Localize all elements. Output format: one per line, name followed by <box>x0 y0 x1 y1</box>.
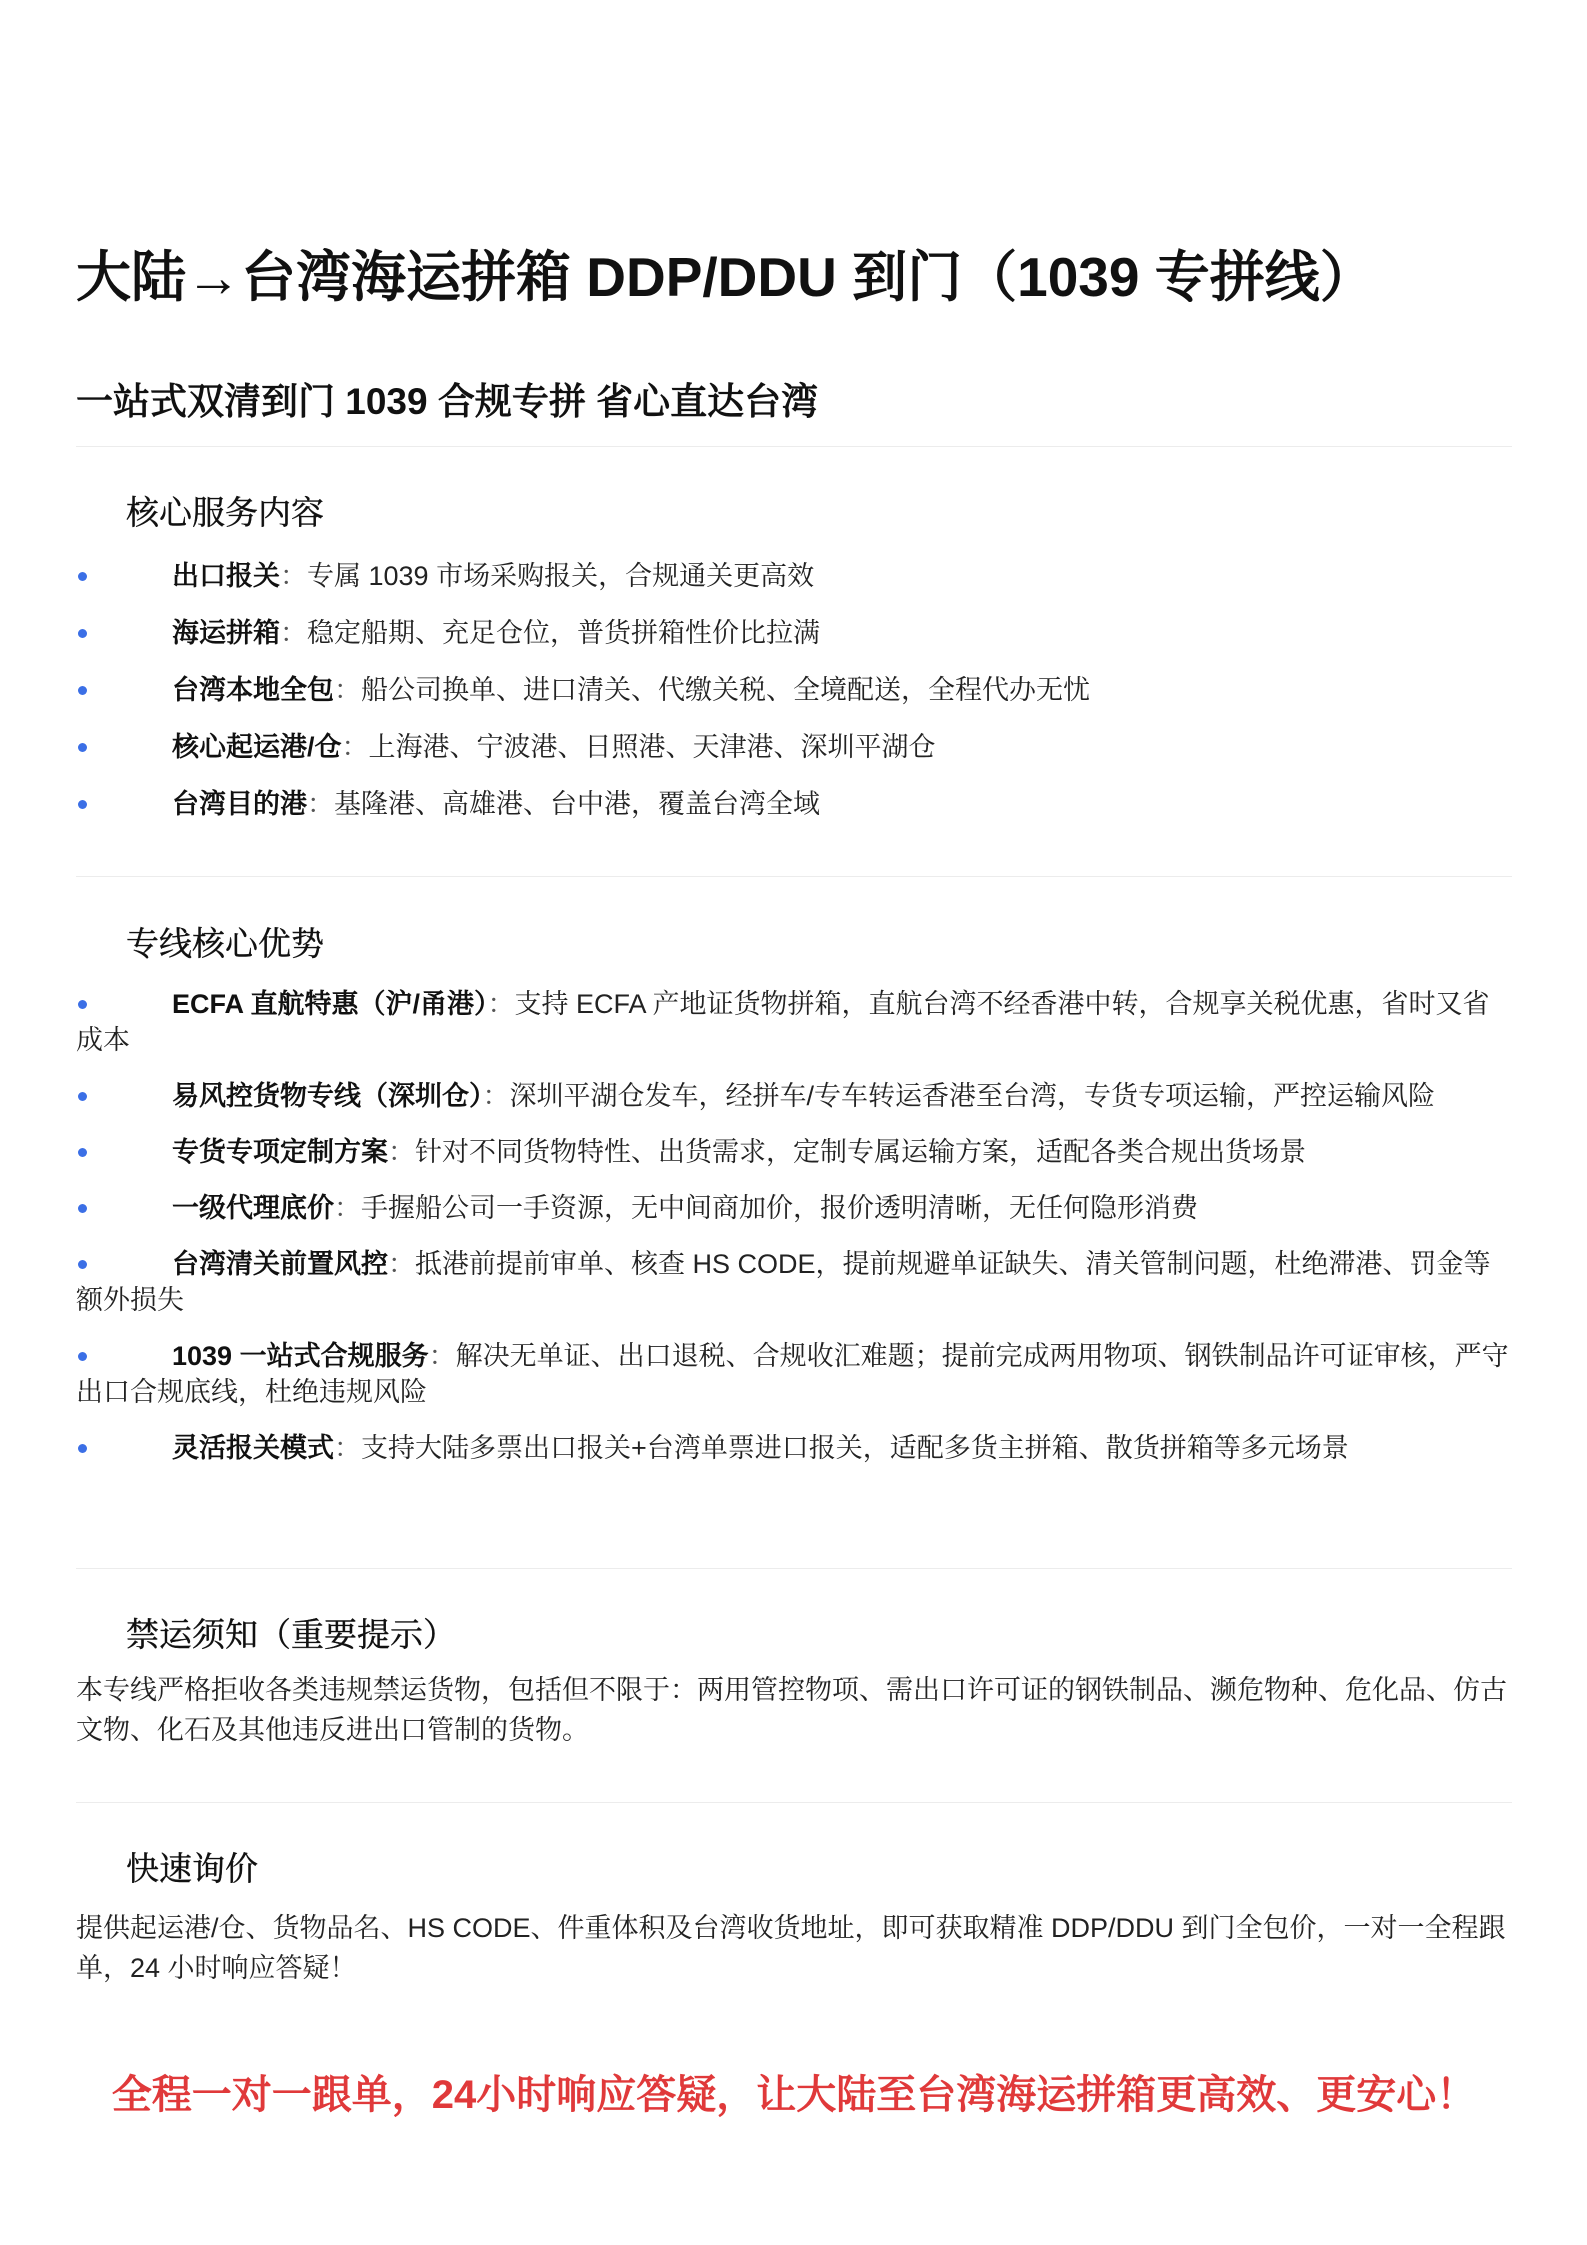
item-label: 灵活报关模式 <box>172 1433 334 1463</box>
bullet-icon <box>78 1148 87 1157</box>
item-separator: ： <box>280 618 307 648</box>
advantages-list: ECFA 直航特惠（沪/甬港）：支持 ECFA 产地证货物拼箱，直航台湾不经香港… <box>76 986 1512 1466</box>
section-divider <box>76 1802 1512 1803</box>
item-label: ECFA 直航特惠（沪/甬港） <box>172 989 488 1019</box>
section-divider <box>76 1568 1512 1569</box>
item-text: 专属 1039 市场采购报关，合规通关更高效 <box>307 561 814 591</box>
page-subtitle: 一站式双清到门 1039 合规专拼 省心直达台湾 <box>76 371 818 425</box>
item-text: 针对不同货物特性、出货需求，定制专属运输方案，适配各类合规出货场景 <box>415 1137 1306 1167</box>
item-separator: ： <box>483 1081 510 1111</box>
section-divider <box>76 876 1512 877</box>
footer-cta: 全程一对一跟单，24小时响应答疑，让大陆至台湾海运拼箱更高效、更安心！ <box>76 2063 1512 2120</box>
quick-quote-heading: 快速询价 <box>126 1843 258 1890</box>
list-item: 台湾清关前置风控：抵港前提前审单、核查 HS CODE，提前规避单证缺失、清关管… <box>76 1246 1512 1318</box>
item-text: 支持大陆多票出口报关+台湾单票进口报关，适配多货主拼箱、散货拼箱等多元场景 <box>361 1433 1349 1463</box>
item-label: 出口报关 <box>172 561 280 591</box>
item-label: 台湾目的港 <box>172 789 307 819</box>
bullet-icon <box>78 743 87 752</box>
item-separator: ： <box>334 675 361 705</box>
item-separator: ： <box>429 1341 456 1371</box>
bullet-icon <box>78 1204 87 1213</box>
item-label: 易风控货物专线（深圳仓） <box>172 1081 483 1111</box>
item-separator: ： <box>488 989 515 1019</box>
item-text: 稳定船期、充足仓位，普货拼箱性价比拉满 <box>307 618 820 648</box>
prohibited-heading: 禁运须知（重要提示） <box>126 1609 456 1656</box>
advantages-heading: 专线核心优势 <box>126 918 324 965</box>
bullet-icon <box>78 800 87 809</box>
item-text: 上海港、宁波港、日照港、天津港、深圳平湖仓 <box>369 732 936 762</box>
quick-quote-text: 提供起运港/仓、货物品名、HS CODE、件重体积及台湾收货地址，即可获取精准 … <box>76 1908 1512 1988</box>
item-separator: ： <box>280 561 307 591</box>
list-item: 核心起运港/仓：上海港、宁波港、日照港、天津港、深圳平湖仓 <box>76 729 1512 765</box>
item-separator: ： <box>388 1137 415 1167</box>
list-item: 出口报关：专属 1039 市场采购报关，合规通关更高效 <box>76 558 1512 594</box>
bullet-icon <box>78 1000 87 1009</box>
bullet-icon <box>78 572 87 581</box>
bullet-icon <box>78 1260 87 1269</box>
list-item: ECFA 直航特惠（沪/甬港）：支持 ECFA 产地证货物拼箱，直航台湾不经香港… <box>76 986 1512 1058</box>
core-services-list: 出口报关：专属 1039 市场采购报关，合规通关更高效 海运拼箱：稳定船期、充足… <box>76 558 1512 822</box>
page-title: 大陆→台湾海运拼箱 DDP/DDU 到门（1039 专拼线） <box>76 233 1375 312</box>
item-label: 1039 一站式合规服务 <box>172 1341 429 1371</box>
item-separator: ： <box>334 1193 361 1223</box>
core-services-heading: 核心服务内容 <box>126 487 324 534</box>
item-label: 台湾清关前置风控 <box>172 1249 388 1279</box>
bullet-icon <box>78 1352 87 1361</box>
item-text: 深圳平湖仓发车，经拼车/专车转运香港至台湾，专货专项运输，严控运输风险 <box>510 1081 1436 1111</box>
bullet-icon <box>78 1092 87 1101</box>
list-item: 台湾目的港：基隆港、高雄港、台中港，覆盖台湾全域 <box>76 786 1512 822</box>
item-label: 海运拼箱 <box>172 618 280 648</box>
section-divider <box>76 446 1512 447</box>
item-separator: ： <box>334 1433 361 1463</box>
bullet-icon <box>78 1444 87 1453</box>
item-separator: ： <box>307 789 334 819</box>
item-label: 专货专项定制方案 <box>172 1137 388 1167</box>
item-text: 手握船公司一手资源，无中间商加价，报价透明清晰，无任何隐形消费 <box>361 1193 1198 1223</box>
item-separator: ： <box>342 732 369 762</box>
list-item: 1039 一站式合规服务：解决无单证、出口退税、合规收汇难题；提前完成两用物项、… <box>76 1338 1512 1410</box>
list-item: 一级代理底价：手握船公司一手资源，无中间商加价，报价透明清晰，无任何隐形消费 <box>76 1190 1512 1226</box>
list-item: 灵活报关模式：支持大陆多票出口报关+台湾单票进口报关，适配多货主拼箱、散货拼箱等… <box>76 1430 1512 1466</box>
item-label: 一级代理底价 <box>172 1193 334 1223</box>
item-text: 船公司换单、进口清关、代缴关税、全境配送，全程代办无忧 <box>361 675 1090 705</box>
item-label: 核心起运港/仓 <box>172 732 342 762</box>
bullet-icon <box>78 686 87 695</box>
prohibited-text: 本专线严格拒收各类违规禁运货物，包括但不限于：两用管控物项、需出口许可证的钢铁制… <box>76 1670 1512 1750</box>
bullet-icon <box>78 629 87 638</box>
item-separator: ： <box>388 1249 415 1279</box>
item-label: 台湾本地全包 <box>172 675 334 705</box>
list-item: 台湾本地全包：船公司换单、进口清关、代缴关税、全境配送，全程代办无忧 <box>76 672 1512 708</box>
item-text: 基隆港、高雄港、台中港，覆盖台湾全域 <box>334 789 820 819</box>
list-item: 专货专项定制方案：针对不同货物特性、出货需求，定制专属运输方案，适配各类合规出货… <box>76 1134 1512 1170</box>
list-item: 海运拼箱：稳定船期、充足仓位，普货拼箱性价比拉满 <box>76 615 1512 651</box>
list-item: 易风控货物专线（深圳仓）：深圳平湖仓发车，经拼车/专车转运香港至台湾，专货专项运… <box>76 1078 1512 1114</box>
